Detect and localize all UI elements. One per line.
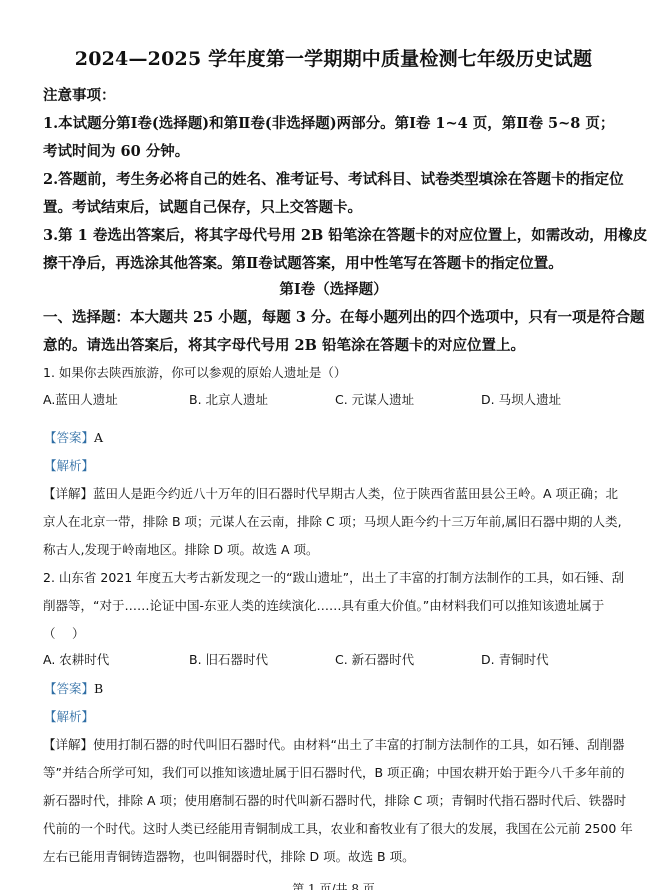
question-2-detail: 【详解】使用打制石器的时代叫旧石器时代。由材料“出土了丰富的打制方法制作的工具，… <box>43 735 624 753</box>
option-a: A. 农耕时代 <box>43 650 109 668</box>
section-intro-line: 一、选择题：本大题共 25 小题，每题 3 分。在每小题列出的四个选项中，只有一… <box>43 306 644 327</box>
section-intro-line: 意的。请选出答案后，将其字母代号用 2B 铅笔涂在答题卡的对应位置上。 <box>43 334 525 355</box>
option-b: B. 北京人遗址 <box>189 390 268 408</box>
exam-page: 2024—2025 学年度第一学期期中质量检测七年级历史试题 注意事项： 1.本… <box>0 0 667 890</box>
page-title: 2024—2025 学年度第一学期期中质量检测七年级历史试题 <box>0 44 667 71</box>
question-2-stem: 2. 山东省 2021 年度五大考古新发现之一的“跋山遗址”，出土了丰富的打制方… <box>43 568 624 586</box>
notice-heading: 注意事项： <box>43 84 116 105</box>
notice-line: 考试时间为 60 分钟。 <box>43 140 189 161</box>
answer-value: B <box>94 681 103 696</box>
answer-label: 【答案】 <box>44 430 94 445</box>
notice-line: 置。考试结束后，试题自己保存，只上交答题卡。 <box>43 196 362 217</box>
notice-line: 3.第 1 卷选出答案后，将其字母代号用 2B 铅笔涂在答题卡的对应位置上，如需… <box>43 224 647 245</box>
question-2-detail: 新石器时代，排除 A 项；使用磨制石器的时代叫新石器时代，排除 C 项；青铜时代… <box>43 791 626 809</box>
question-1-analysis-label: 【解析】 <box>44 456 94 474</box>
question-1-detail: 称古人,发现于岭南地区。排除 D 项。故选 A 项。 <box>43 540 319 558</box>
page-footer: 第 1 页/共 8 页 <box>0 880 667 890</box>
notice-line: 1.本试题分第Ⅰ卷(选择题)和第Ⅱ卷(非选择题)两部分。第Ⅰ卷 1~4 页，第Ⅱ… <box>43 112 614 133</box>
question-2-detail: 等”并结合所学可知，我们可以推知该遗址属于旧石器时代，B 项正确；中国农耕开始于… <box>43 763 625 781</box>
section-title: 第Ⅰ卷（选择题） <box>0 278 667 299</box>
question-1-answer: 【答案】A <box>44 428 103 446</box>
question-1-detail: 京人在北京一带，排除 B 项；元谋人在云南，排除 C 项；马坝人距今约十三万年前… <box>43 512 622 530</box>
question-2-answer: 【答案】B <box>44 679 103 697</box>
question-2-detail: 左右已能用青铜铸造器物，也叫铜器时代，排除 D 项。故选 B 项。 <box>43 847 415 865</box>
option-c: C. 新石器时代 <box>335 650 414 668</box>
option-a: A.蓝田人遗址 <box>43 390 118 408</box>
notice-line: 擦干净后，再选涂其他答案。第Ⅱ卷试题答案，用中性笔写在答题卡的指定位置。 <box>43 252 563 273</box>
question-1-detail: 【详解】蓝田人是距今约近八十万年的旧石器时代早期古人类，位于陕西省蓝田县公王岭。… <box>43 484 618 502</box>
option-c: C. 元谋人遗址 <box>335 390 414 408</box>
question-1-stem: 1. 如果你去陕西旅游，你可以参观的原始人遗址是（） <box>43 363 346 381</box>
answer-label: 【答案】 <box>44 681 94 696</box>
answer-value: A <box>94 430 103 445</box>
question-2-detail: 代前的一个时代。这时人类已经能用青铜制成工具，农业和畜牧业有了很大的发展，我国在… <box>43 819 633 837</box>
option-d: D. 青铜时代 <box>481 650 549 668</box>
question-2-analysis-label: 【解析】 <box>44 707 94 725</box>
option-d: D. 马坝人遗址 <box>481 390 561 408</box>
option-b: B. 旧石器时代 <box>189 650 268 668</box>
notice-line: 2.答题前，考生务必将自己的姓名、准考证号、考试科目、试卷类型填涂在答题卡的指定… <box>43 168 624 189</box>
question-2-stem: 削器等，“对于……论证中国-东亚人类的连续演化……具有重大价值。”由材料我们可以… <box>43 596 604 614</box>
question-2-stem: （ ） <box>43 624 84 642</box>
